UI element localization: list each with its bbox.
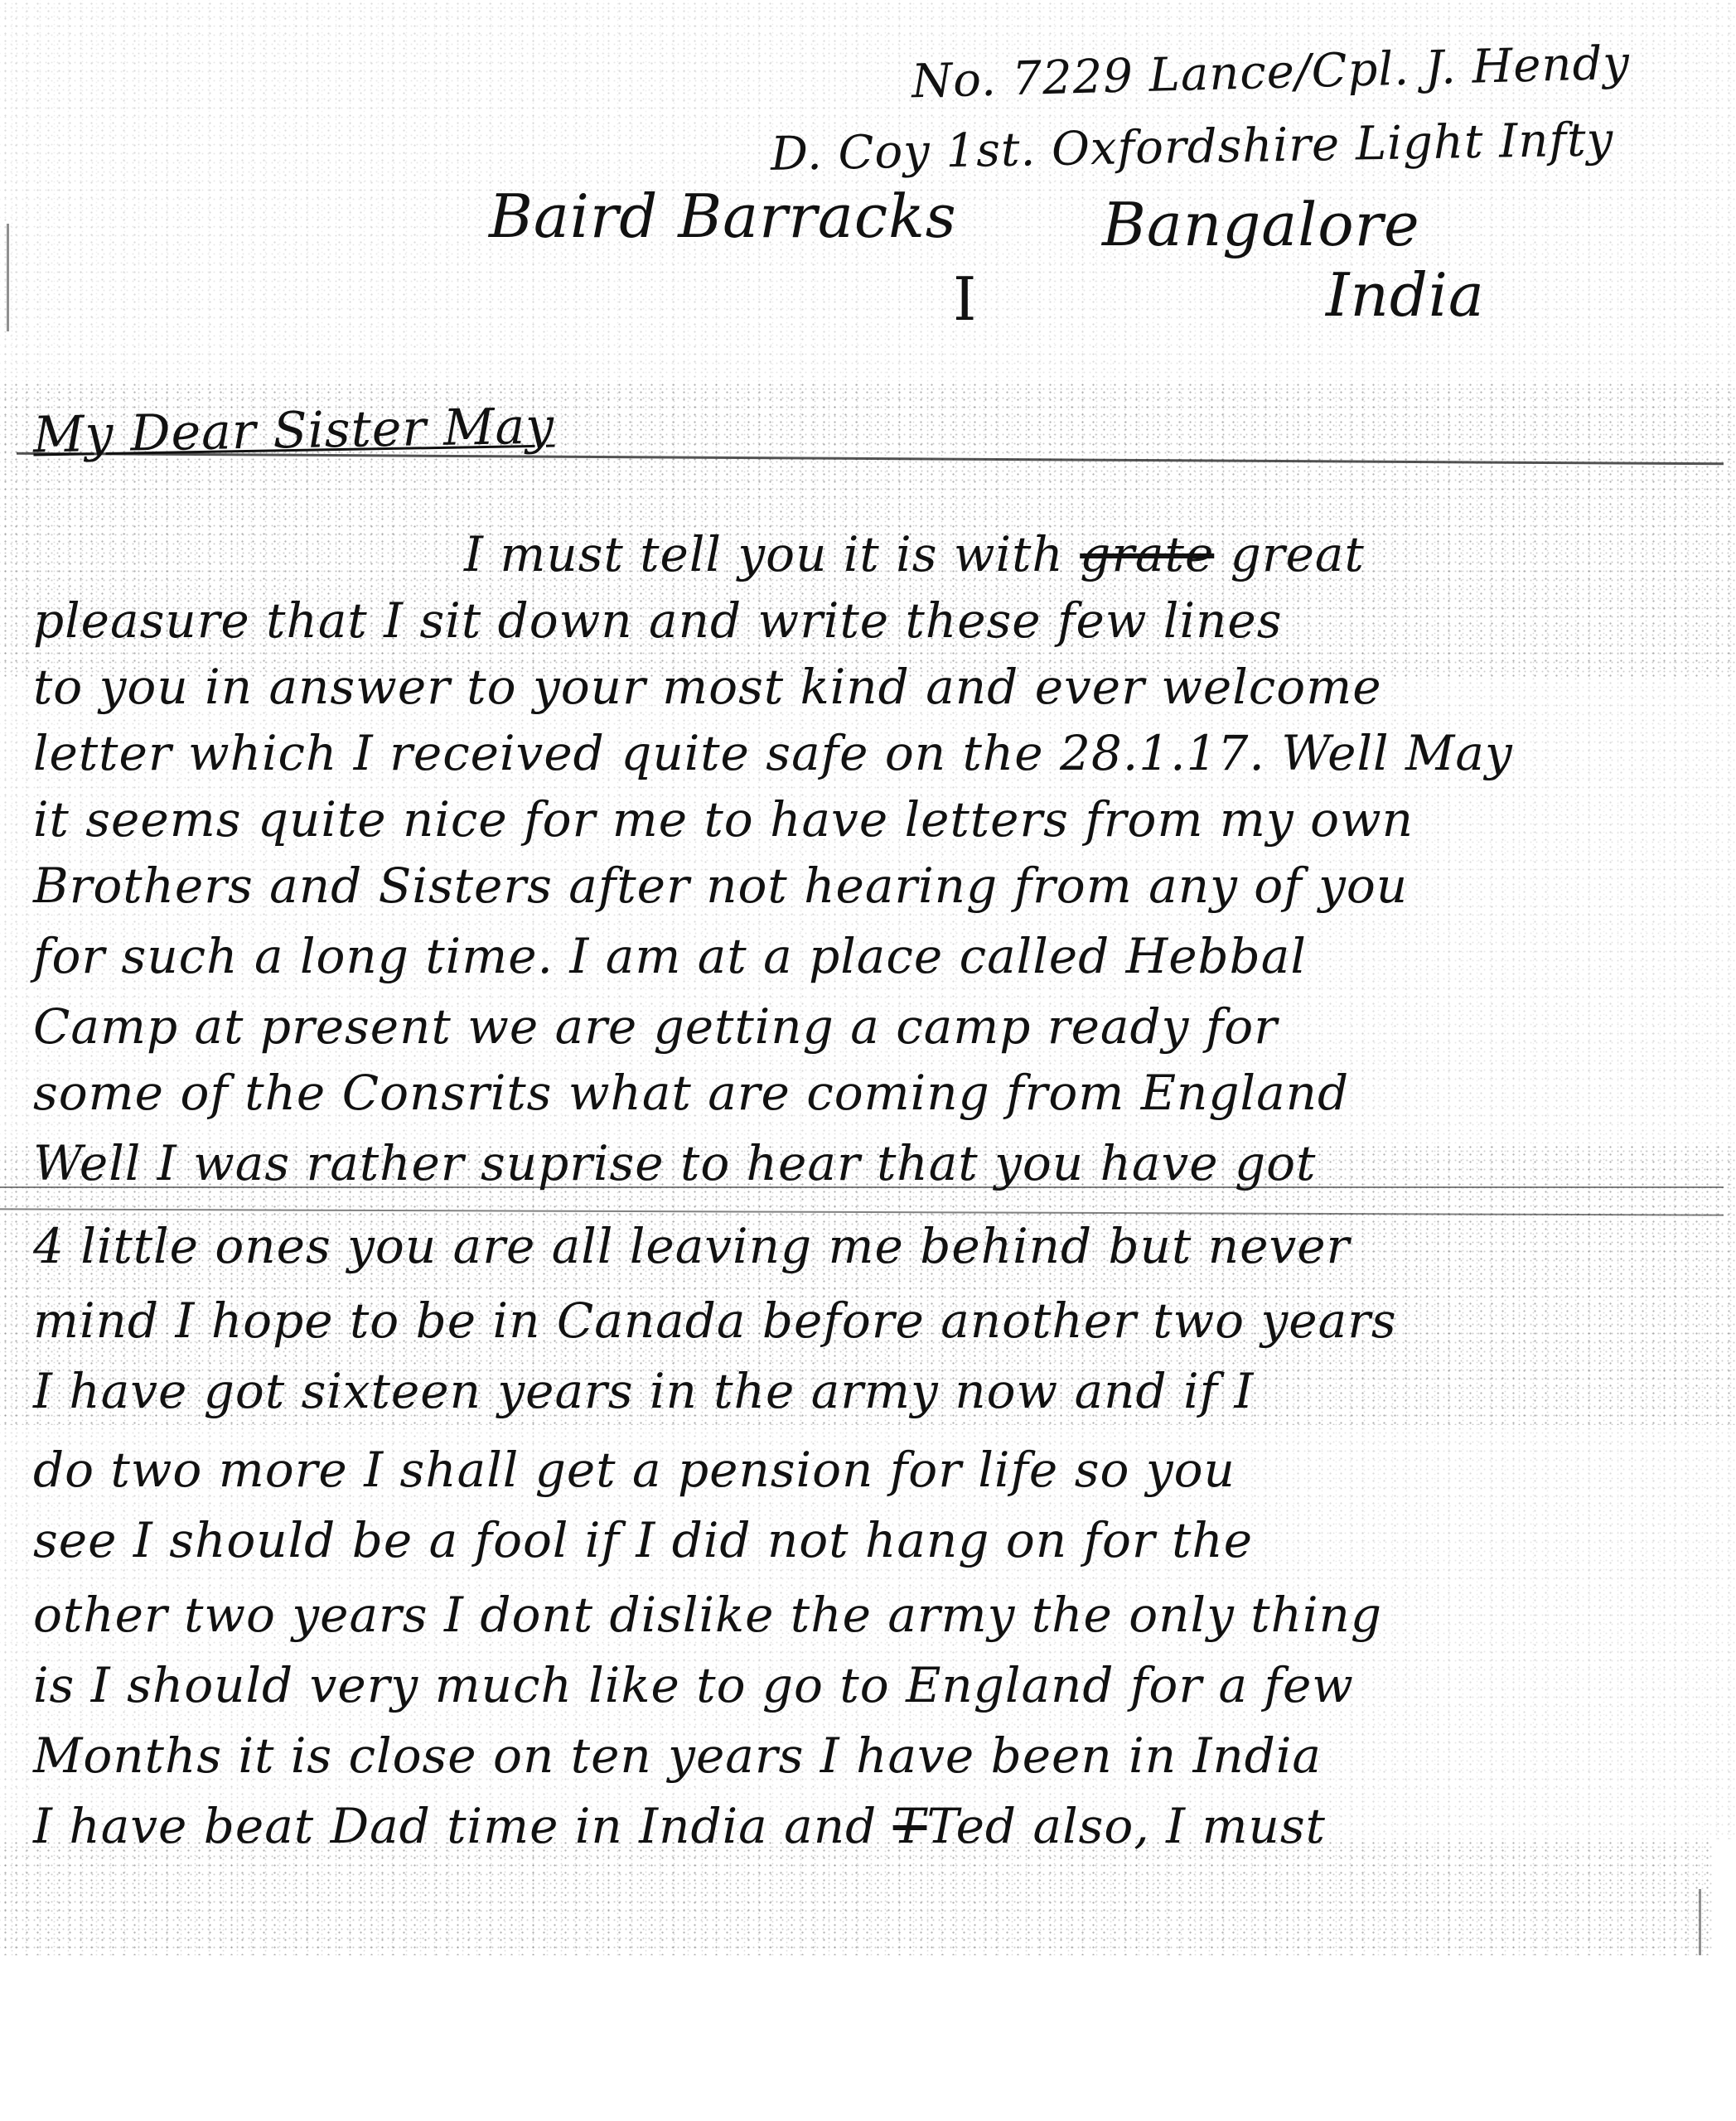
body-line-1-text: I must tell you it is with xyxy=(464,526,1080,582)
body-line-15: see I should be a fool if I did not hang… xyxy=(33,1516,1707,1564)
page-number: I xyxy=(953,269,977,329)
country-name: India xyxy=(1326,265,1485,325)
body-line-16: other two years I dont dislike the army … xyxy=(33,1591,1707,1639)
body-line-4: letter which I received quite safe on th… xyxy=(33,729,1707,777)
letter-page: No. 7229 Lance/Cpl. J. Hendy D. Coy 1st.… xyxy=(0,0,1736,2121)
barracks-name: Baird Barracks xyxy=(489,186,957,246)
body-line-5: it seems quite nice for me to have lette… xyxy=(33,795,1707,843)
body-line-2: pleasure that I sit down and write these… xyxy=(33,597,1707,645)
body-line-1: I must tell you it is with grate great xyxy=(464,530,1365,578)
body-line-12: mind I hope to be in Canada before anoth… xyxy=(33,1297,1707,1345)
body-line-8: Camp at present we are getting a camp re… xyxy=(33,1003,1707,1051)
body-line-19: I have beat Dad time in India and TTed a… xyxy=(33,1802,1707,1850)
body-line-7: for such a long time. I am at a place ca… xyxy=(33,932,1707,980)
sender-unit-line: D. Coy 1st. Oxfordshire Light Infty xyxy=(771,117,1614,178)
salutation: My Dear Sister May xyxy=(33,402,555,461)
body-line-10: Well I was rather suprise to hear that y… xyxy=(33,1139,1707,1187)
body-line-6: Brothers and Sisters after not hearing f… xyxy=(33,862,1707,910)
struck-letter: T xyxy=(893,1798,927,1854)
body-line-14: do two more I shall get a pension for li… xyxy=(33,1446,1707,1494)
fold-line-middle-b xyxy=(0,1208,1724,1215)
body-line-13: I have got sixteen years in the army now… xyxy=(33,1367,1707,1415)
body-line-17: is I should very much like to go to Engl… xyxy=(33,1661,1707,1709)
body-line-3: to you in answer to your most kind and e… xyxy=(33,663,1707,711)
body-line-11: 4 little ones you are all leaving me beh… xyxy=(33,1222,1707,1270)
body-line-18: Months it is close on ten years I have b… xyxy=(33,1732,1707,1780)
scan-noise-bottom xyxy=(0,1839,1715,1955)
right-edge-mark xyxy=(1699,1889,1701,1955)
city-name: Bangalore xyxy=(1102,195,1420,254)
body-line-19-text: I have beat Dad time in India and xyxy=(33,1798,893,1854)
left-edge-mark xyxy=(7,224,9,331)
body-line-9: some of the Consrits what are coming fro… xyxy=(33,1069,1707,1117)
struck-word: grate xyxy=(1080,526,1214,582)
sender-name-line: No. 7229 Lance/Cpl. J. Hendy xyxy=(911,41,1630,106)
body-line-1-end: great xyxy=(1214,526,1365,582)
body-line-19-end: Ted also, I must xyxy=(926,1798,1326,1854)
